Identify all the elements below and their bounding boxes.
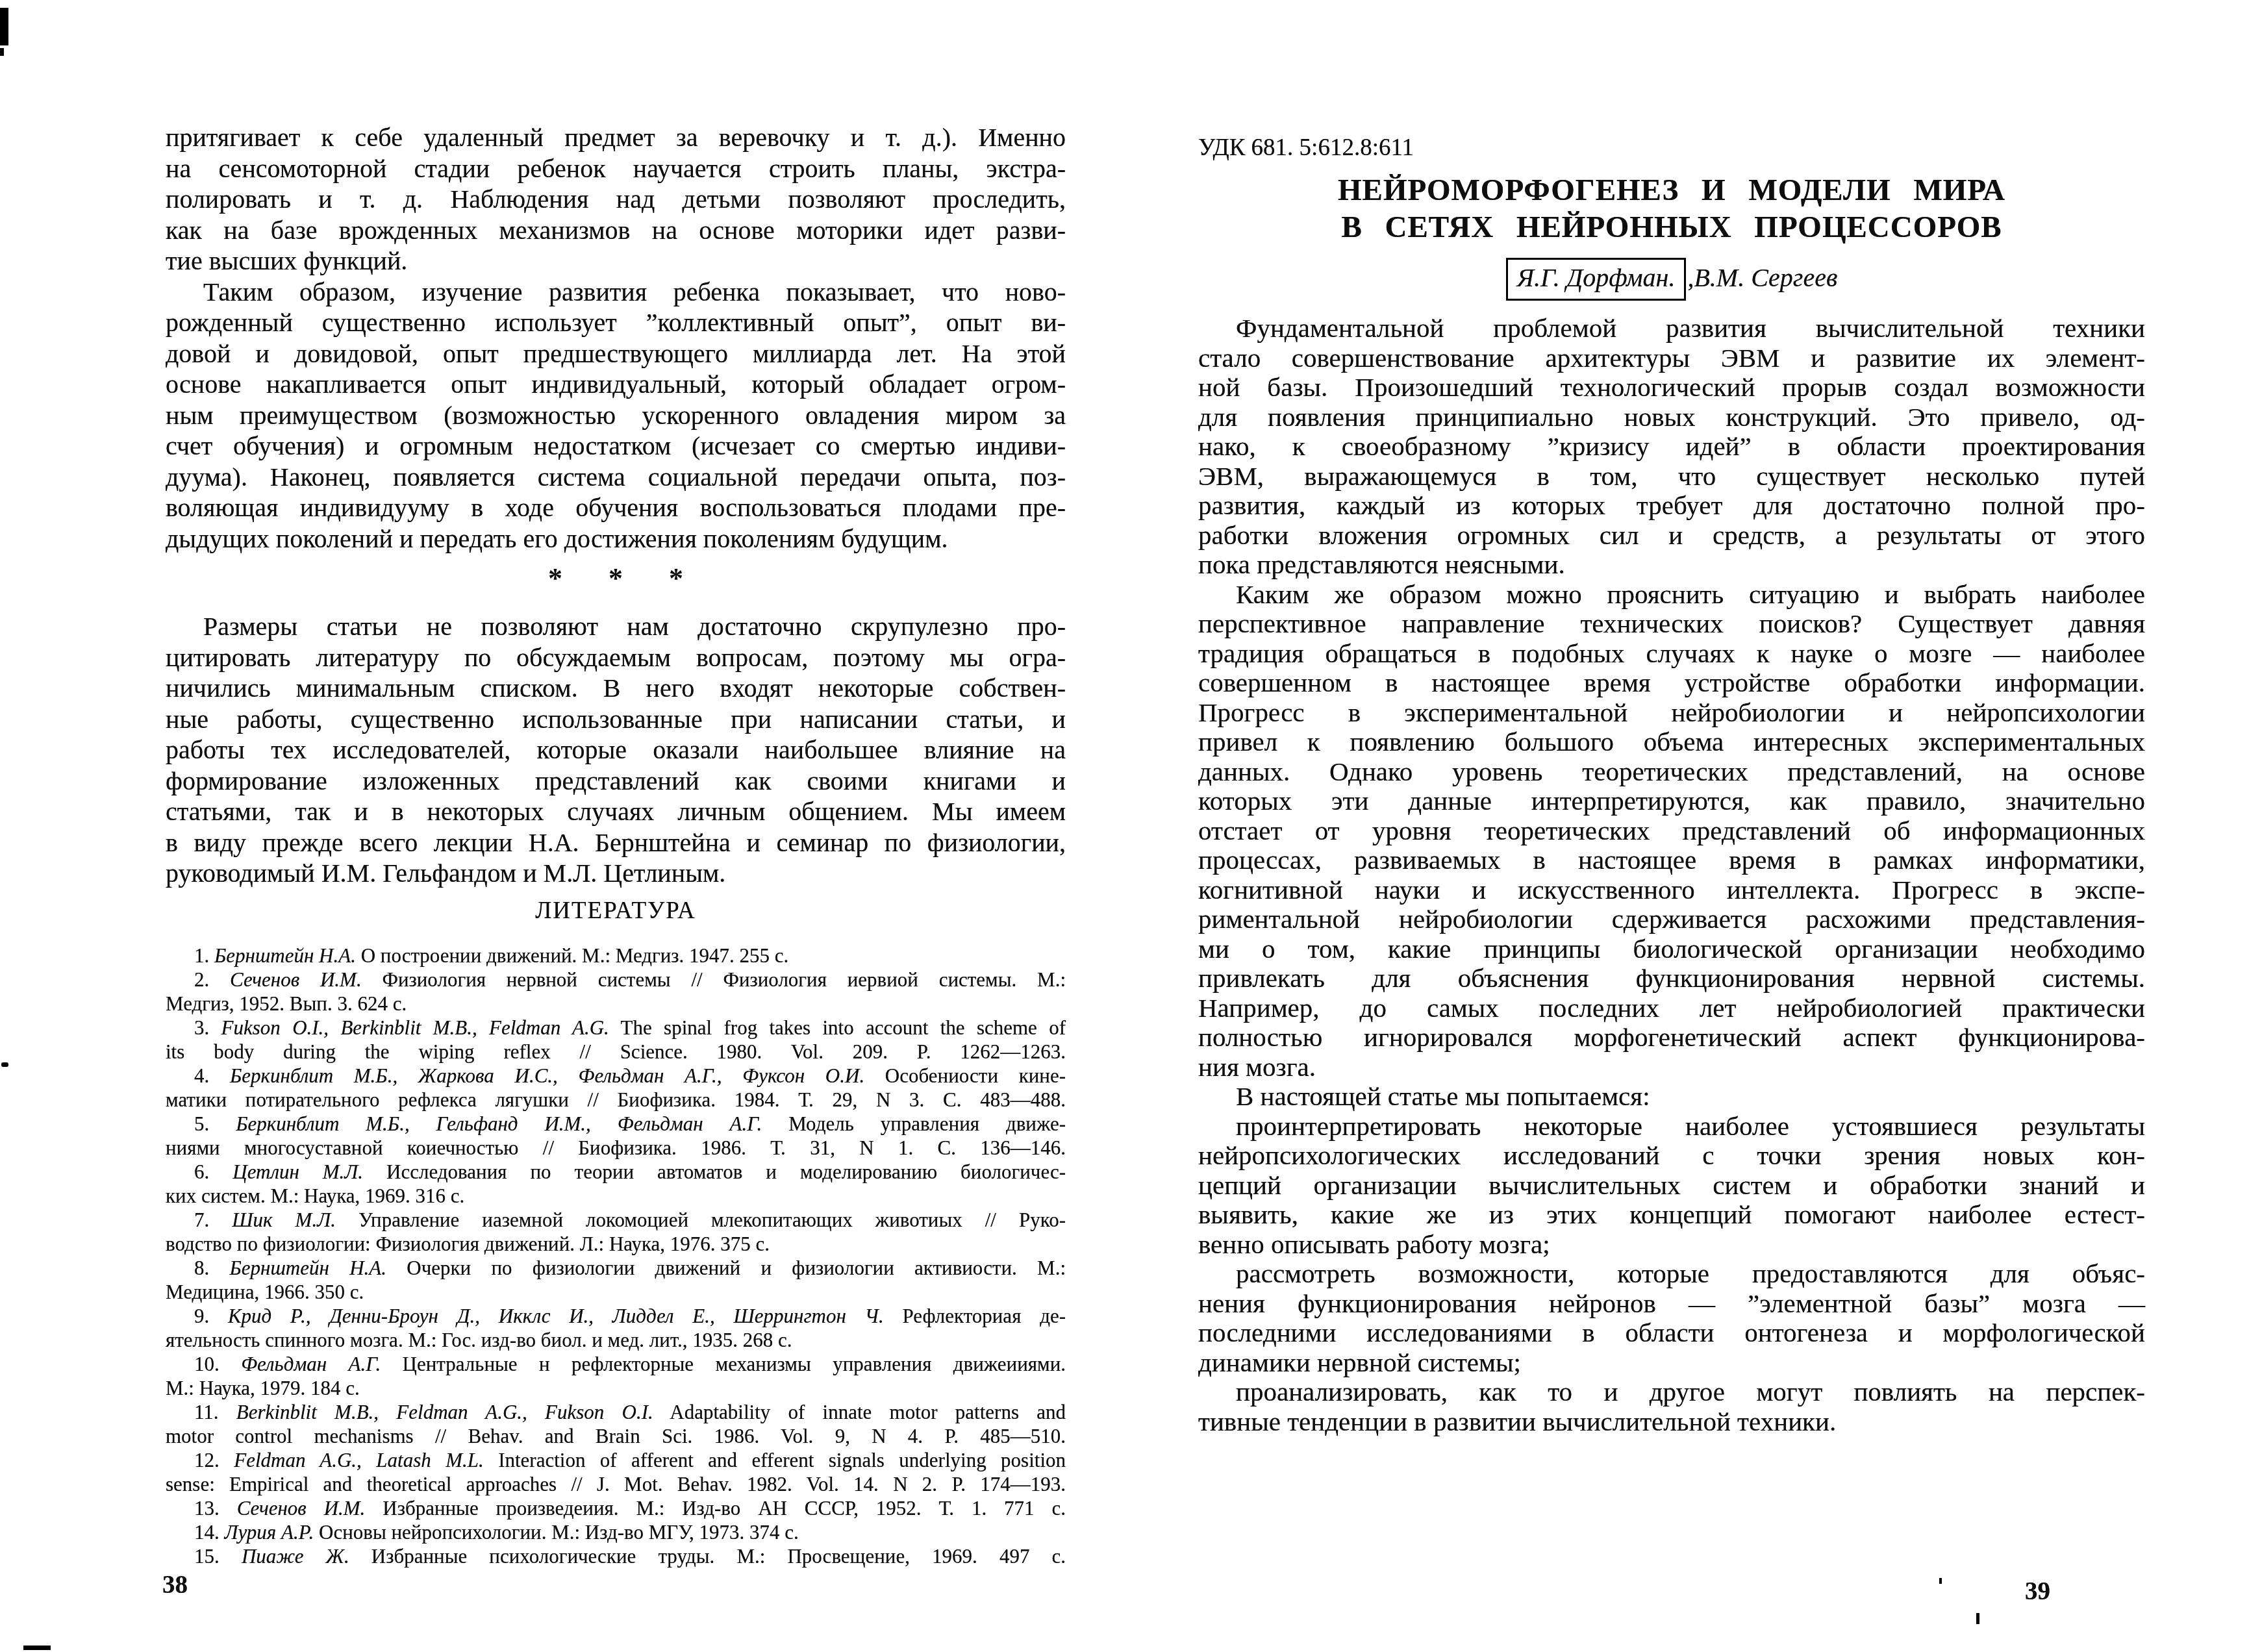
- reference-text: Центральные н рефлекторные механизмы упр…: [381, 1353, 1066, 1375]
- literature-heading: ЛИТЕРАТУРА: [166, 897, 1066, 925]
- paragraph: притягивает к себе удаленный предмет за …: [166, 122, 1066, 277]
- reference-item: 10. Фельдман А.Г. Центральные н рефлекто…: [166, 1352, 1066, 1400]
- reference-authors: Беркинблит М.Б., Жаркова И.С., Фельдман …: [230, 1064, 864, 1087]
- text-line: довой и довидовой, опыт предшествующего …: [166, 338, 1066, 369]
- reference-line: Медгиз, 1952. Вып. 3. 624 с.: [166, 992, 1066, 1016]
- reference-line: 10. Фельдман А.Г. Центральные н рефлекто…: [166, 1352, 1066, 1376]
- reference-line: 13. Сеченов И.М. Избранные произведеиия.…: [166, 1496, 1066, 1520]
- reference-text: М.: Наука, 1979. 184 с.: [166, 1377, 360, 1399]
- text-line: нейропсихологических исследований с точк…: [1198, 1141, 2145, 1171]
- reference-authors: Fukson O.I., Berkinblit M.B., Feldman A.…: [221, 1016, 609, 1039]
- text-line: стало совершенствование архитектуры ЭВМ …: [1198, 344, 2145, 373]
- author-second: ,В.М. Сергеев: [1687, 263, 1837, 292]
- reference-text: ятельность спинного мозга. М.: Гос. изд-…: [166, 1329, 792, 1351]
- reference-authors: Лурия А.Р.: [225, 1521, 314, 1544]
- reference-text: Физиология нервной системы // Физиология…: [362, 968, 1066, 991]
- reference-item: 4. Беркинблит М.Б., Жаркова И.С., Фельдм…: [166, 1064, 1066, 1112]
- article-title-line1: НЕЙРОМОРФОГЕНЕЗ И МОДЕЛИ МИРА: [1198, 172, 2145, 209]
- reference-authors: Беркинблит М.Б., Гельфанд И.М., Фельдман…: [236, 1112, 762, 1135]
- paragraph: Фундаментальной проблемой развития вычис…: [1198, 314, 2145, 580]
- reference-text: Медицина, 1966. 350 с.: [166, 1281, 364, 1303]
- text-line: процессах, развиваемых в настоящее время…: [1198, 845, 2145, 875]
- text-line: статьями, так и в некоторых случаях личн…: [166, 796, 1066, 827]
- reference-text: Adaptability of innate motor patterns an…: [653, 1401, 1066, 1423]
- reference-text: 15.: [194, 1545, 242, 1568]
- reference-text: 9.: [194, 1305, 228, 1327]
- text-line: дуума). Наконец, появляется система соци…: [166, 462, 1066, 493]
- left-body-bottom: Размеры статьи не позволяют нам достаточ…: [166, 611, 1066, 889]
- text-line: В настоящей статье мы попытаемся:: [1198, 1082, 2145, 1112]
- text-line: рассмотреть возможности, которые предост…: [1198, 1259, 2145, 1289]
- reference-line: Медицина, 1966. 350 с.: [166, 1280, 1066, 1304]
- reference-item: 11. Berkinblit M.B., Feldman A.G., Fukso…: [166, 1400, 1066, 1448]
- reference-text: 6.: [194, 1160, 232, 1183]
- reference-line: 15. Пиаже Ж. Избранные психологические т…: [166, 1544, 1066, 1568]
- text-line: последними исследованиями в области онто…: [1198, 1318, 2145, 1348]
- reference-text: 7.: [194, 1208, 232, 1231]
- reference-line: ниями многосуставной коиечностью // Биоф…: [166, 1136, 1066, 1160]
- reference-text: Избранные психологические труды. М.: Про…: [349, 1545, 1066, 1568]
- section-separator: * * *: [166, 563, 1066, 594]
- text-line: притягивает к себе удаленный предмет за …: [166, 122, 1066, 153]
- reference-line: 6. Цетлин М.Л. Исследования по теории ав…: [166, 1160, 1066, 1184]
- reference-text: 2.: [194, 968, 230, 991]
- text-line: проинтерпретировать некоторые наиболее у…: [1198, 1112, 2145, 1142]
- author-boxed: Я.Г. Дорфман.: [1506, 258, 1687, 301]
- reference-authors: Сеченов И.М.: [237, 1497, 366, 1520]
- reference-text: sense: Empirical and theoretical approac…: [166, 1473, 1066, 1496]
- text-line: Таким образом, изучение развития ребенка…: [166, 277, 1066, 308]
- reference-authors: Шик М.Л.: [232, 1208, 336, 1231]
- text-line: в виду прежде всего лекции Н.А. Бернштей…: [166, 827, 1066, 858]
- reference-text: 5.: [194, 1112, 236, 1135]
- reference-line: 2. Сеченов И.М. Физиология нервной систе…: [166, 968, 1066, 992]
- paragraph: Размеры статьи не позволяют нам достаточ…: [166, 611, 1066, 889]
- scan-artifact: [1976, 1613, 1979, 1624]
- text-line: руководимый И.М. Гельфандом и М.Л. Цетли…: [166, 858, 1066, 889]
- text-line: развития, каждый из которых требует для …: [1198, 491, 2145, 521]
- text-line: динамики нервной системы;: [1198, 1348, 2145, 1378]
- scan-artifact: [0, 48, 4, 56]
- text-line: венно описывать работу мозга;: [1198, 1230, 2145, 1260]
- reference-text: 14.: [194, 1521, 225, 1544]
- reference-authors: Feldman A.G., Latash M.L.: [234, 1449, 484, 1471]
- reference-line: 7. Шик М.Л. Управление иаземной локомоци…: [166, 1208, 1066, 1232]
- reference-text: Исследования по теории автоматов и модел…: [363, 1160, 1066, 1183]
- text-line: выявить, какие же из этих концепций помо…: [1198, 1200, 2145, 1230]
- left-body-top: притягивает к себе удаленный предмет за …: [166, 122, 1066, 554]
- paragraph: Таким образом, изучение развития ребенка…: [166, 277, 1066, 555]
- text-line: счет обучения) и огромным недостатком (и…: [166, 431, 1066, 462]
- text-line: ЭВМ, выражающемуся в том, что существует…: [1198, 462, 2145, 492]
- text-line: ные работы, существенно использованные п…: [166, 704, 1066, 735]
- reference-line: 14. Лурия А.Р. Основы нейропсихологии. М…: [166, 1520, 1066, 1544]
- text-line: полировать и т. д. Наблюдения над детьми…: [166, 184, 1066, 215]
- reference-text: its body during the wiping reflex // Sci…: [166, 1040, 1066, 1063]
- paragraph: проанализировать, как то и другое могут …: [1198, 1377, 2145, 1436]
- reference-text: ниями многосуставной коиечностью // Биоф…: [166, 1136, 1066, 1159]
- scan-artifact: [0, 8, 8, 45]
- text-line: отстает от уровня теоретических представ…: [1198, 816, 2145, 846]
- reference-text: Основы нейропсихологии. М.: Изд-во МГУ, …: [314, 1521, 799, 1544]
- reference-line: sense: Empirical and theoretical approac…: [166, 1472, 1066, 1496]
- reference-line: водство по физиологии: Физиология движен…: [166, 1232, 1066, 1256]
- reference-authors: Пиаже Ж.: [242, 1545, 349, 1568]
- reference-line: 4. Беркинблит М.Б., Жаркова И.С., Фельдм…: [166, 1064, 1066, 1088]
- right-body: Фундаментальной проблемой развития вычис…: [1198, 314, 2145, 1436]
- reference-text: Interaction of afferent and efferent sig…: [484, 1449, 1066, 1471]
- text-line: цепций организации вычислительных систем…: [1198, 1171, 2145, 1201]
- reference-text: матики потирательного рефлекса лягушки /…: [166, 1088, 1066, 1111]
- text-line: цитировать литературу по обсуждаемым воп…: [166, 642, 1066, 673]
- text-line: Фундаментальной проблемой развития вычис…: [1198, 314, 2145, 344]
- text-line: Прогресс в экспериментальной нейробиолог…: [1198, 698, 2145, 728]
- reference-item: 9. Крид Р., Денни-Броун Д., Икклс И., Ли…: [166, 1304, 1066, 1352]
- reference-authors: Цетлин М.Л.: [232, 1160, 363, 1183]
- reference-text: 12.: [194, 1449, 234, 1471]
- reference-line: 8. Бернштейн Н.А. Очерки по физиологии д…: [166, 1256, 1066, 1280]
- text-line: ной базы. Произошедший технологический п…: [1198, 373, 2145, 403]
- reference-item: 1. Бернштейн Н.А. О построении движений.…: [166, 944, 1066, 968]
- text-line: когнитивной науки и искусственного интел…: [1198, 875, 2145, 905]
- scan-artifact: [1939, 1578, 1942, 1584]
- text-line: как на базе врожденных механизмов на осн…: [166, 215, 1066, 246]
- text-line: которых эти данные интерпретируются, как…: [1198, 786, 2145, 816]
- text-line: перспективное направление технических по…: [1198, 609, 2145, 639]
- reference-text: ких систем. М.: Наука, 1969. 316 с.: [166, 1184, 464, 1207]
- paragraph: В настоящей статье мы попытаемся:: [1198, 1082, 2145, 1112]
- scanned-spread: притягивает к себе удаленный предмет за …: [0, 0, 2249, 1652]
- scan-artifact: [23, 1646, 51, 1650]
- scan-artifact: [1, 1062, 8, 1067]
- paragraph: рассмотреть возможности, которые предост…: [1198, 1259, 2145, 1377]
- paragraph: Каким же образом можно прояснить ситуаци…: [1198, 580, 2145, 1083]
- reference-text: Рефлекториая де-: [884, 1305, 1066, 1327]
- reference-line: 3. Fukson O.I., Berkinblit M.B., Feldman…: [166, 1016, 1066, 1040]
- text-line: дыдущих поколений и передать его достиже…: [166, 523, 1066, 555]
- text-line: работы тех исследователей, которые оказа…: [166, 734, 1066, 766]
- reference-item: 3. Fukson O.I., Berkinblit M.B., Feldman…: [166, 1016, 1066, 1064]
- text-line: тивные тенденции в развитии вычислительн…: [1198, 1407, 2145, 1437]
- text-line: ным преимуществом (возможностью ускоренн…: [166, 400, 1066, 431]
- text-line: нако, к своеобразному ”кризису идей” в о…: [1198, 432, 2145, 462]
- reference-item: 2. Сеченов И.М. Физиология нервной систе…: [166, 968, 1066, 1016]
- text-line: для появления принципиально новых констр…: [1198, 403, 2145, 432]
- page-number-left: 38: [162, 1570, 188, 1599]
- reference-text: Особениости кине-: [864, 1064, 1066, 1087]
- reference-line: 12. Feldman A.G., Latash M.L. Interactio…: [166, 1448, 1066, 1472]
- text-line: ния мозга.: [1198, 1053, 2145, 1083]
- reference-line: motor control mechanisms // Behav. and B…: [166, 1424, 1066, 1448]
- reference-text: О построении движений. М.: Медгиз. 1947.…: [356, 944, 788, 967]
- reference-line: 5. Беркинблит М.Б., Гельфанд И.М., Фельд…: [166, 1112, 1066, 1136]
- reference-line: 9. Крид Р., Денни-Броун Д., Икклс И., Ли…: [166, 1304, 1066, 1328]
- reference-line: 11. Berkinblit M.B., Feldman A.G., Fukso…: [166, 1400, 1066, 1424]
- reference-text: 11.: [194, 1401, 236, 1423]
- text-line: ми о том, какие принципы биологической о…: [1198, 934, 2145, 964]
- reference-item: 6. Цетлин М.Л. Исследования по теории ав…: [166, 1160, 1066, 1208]
- paragraph: проинтерпретировать некоторые наиболее у…: [1198, 1112, 2145, 1260]
- page-left: притягивает к себе удаленный предмет за …: [166, 122, 1066, 1568]
- reference-line: ятельность спинного мозга. М.: Гос. изд-…: [166, 1328, 1066, 1352]
- authors-line: Я.Г. Дорфман.,В.М. Сергеев: [1198, 258, 2145, 301]
- text-line: данных. Однако уровень теоретических пре…: [1198, 757, 2145, 787]
- reference-item: 13. Сеченов И.М. Избранные произведеиия.…: [166, 1496, 1066, 1520]
- text-line: рожденный существенно использует ”коллек…: [166, 307, 1066, 338]
- reference-text: водство по физиологии: Физиология движен…: [166, 1233, 770, 1255]
- article-title-line2: В СЕТЯХ НЕЙРОННЫХ ПРОЦЕССОРОВ: [1198, 209, 2145, 246]
- text-line: традиция обращаться в подобных случаях к…: [1198, 639, 2145, 669]
- reference-text: 4.: [194, 1064, 230, 1087]
- reference-authors: Бернштейн Н.А.: [230, 1257, 386, 1279]
- reference-text: 10.: [194, 1353, 241, 1375]
- reference-text: motor control mechanisms // Behav. and B…: [166, 1425, 1066, 1447]
- text-line: формирование изложенных представлений ка…: [166, 766, 1066, 797]
- reference-line: матики потирательного рефлекса лягушки /…: [166, 1088, 1066, 1112]
- text-line: ничились минимальным списком. В него вхо…: [166, 673, 1066, 704]
- udc-code: УДК 681. 5:612.8:611: [1198, 133, 2145, 163]
- text-line: основе накапливается опыт индивидуальный…: [166, 369, 1066, 400]
- text-line: Например, до самых последних лет нейроби…: [1198, 994, 2145, 1023]
- text-line: на сенсомоторной стадии ребенок научаетс…: [166, 153, 1066, 184]
- reference-text: 1.: [194, 944, 214, 967]
- reference-text: Управление иаземной локомоцией млекопита…: [336, 1208, 1066, 1231]
- reference-line: 1. Бернштейн Н.А. О построении движений.…: [166, 944, 1066, 968]
- reference-authors: Бернштейн Н.А.: [214, 944, 356, 967]
- text-line: совершенном в настоящее время устройстве…: [1198, 668, 2145, 698]
- text-line: привел к появлению большого объема интер…: [1198, 727, 2145, 757]
- page-right: УДК 681. 5:612.8:611 НЕЙРОМОРФОГЕНЕЗ И М…: [1198, 133, 2145, 1436]
- text-line: риментальной нейробиологии сдерживается …: [1198, 905, 2145, 934]
- text-line: Размеры статьи не позволяют нам достаточ…: [166, 611, 1066, 642]
- text-line: привлекать для объяснения функционирован…: [1198, 964, 2145, 994]
- reference-text: 8.: [194, 1257, 230, 1279]
- reference-text: Очерки по физиологии движений и физиолог…: [386, 1257, 1066, 1279]
- reference-item: 12. Feldman A.G., Latash M.L. Interactio…: [166, 1448, 1066, 1496]
- reference-text: The spinal frog takes into account the s…: [609, 1016, 1066, 1039]
- reference-line: М.: Наука, 1979. 184 с.: [166, 1376, 1066, 1400]
- text-line: Каким же образом можно прояснить ситуаци…: [1198, 580, 2145, 610]
- reference-item: 5. Беркинблит М.Б., Гельфанд И.М., Фельд…: [166, 1112, 1066, 1160]
- reference-item: 15. Пиаже Ж. Избранные психологические т…: [166, 1544, 1066, 1568]
- reference-line: ких систем. М.: Наука, 1969. 316 с.: [166, 1184, 1066, 1208]
- text-line: проанализировать, как то и другое могут …: [1198, 1377, 2145, 1407]
- reference-authors: Крид Р., Денни-Броун Д., Икклс И., Лидде…: [228, 1305, 884, 1327]
- article-title: НЕЙРОМОРФОГЕНЕЗ И МОДЕЛИ МИРА В СЕТЯХ НЕ…: [1198, 172, 2145, 246]
- text-line: полностью игнорировался морфогенетически…: [1198, 1023, 2145, 1053]
- reference-text: Медгиз, 1952. Вып. 3. 624 с.: [166, 992, 407, 1015]
- reference-text: Модель управления движе-: [762, 1112, 1066, 1135]
- reference-item: 7. Шик М.Л. Управление иаземной локомоци…: [166, 1208, 1066, 1256]
- reference-text: 13.: [194, 1497, 237, 1520]
- text-line: тие высших функций.: [166, 245, 1066, 277]
- reference-authors: Сеченов И.М.: [230, 968, 362, 991]
- reference-text: Избранные произведеиия. М.: Изд-во АН СС…: [365, 1497, 1066, 1520]
- reference-item: 8. Бернштейн Н.А. Очерки по физиологии д…: [166, 1256, 1066, 1304]
- reference-authors: Фельдман А.Г.: [241, 1353, 381, 1375]
- text-line: работки вложения огромных сил и средств,…: [1198, 521, 2145, 551]
- reference-authors: Berkinblit M.B., Feldman A.G., Fukson O.…: [236, 1401, 653, 1423]
- reference-line: its body during the wiping reflex // Sci…: [166, 1040, 1066, 1064]
- text-line: воляющая индивидууму в ходе обучения вос…: [166, 492, 1066, 523]
- text-line: пока представляются неясными.: [1198, 550, 2145, 580]
- page-number-right: 39: [2025, 1577, 2050, 1606]
- text-line: нения функционирования нейронов — ”элеме…: [1198, 1289, 2145, 1319]
- reference-text: 3.: [194, 1016, 221, 1039]
- reference-item: 14. Лурия А.Р. Основы нейропсихологии. М…: [166, 1520, 1066, 1544]
- reference-list: 1. Бернштейн Н.А. О построении движений.…: [166, 944, 1066, 1568]
